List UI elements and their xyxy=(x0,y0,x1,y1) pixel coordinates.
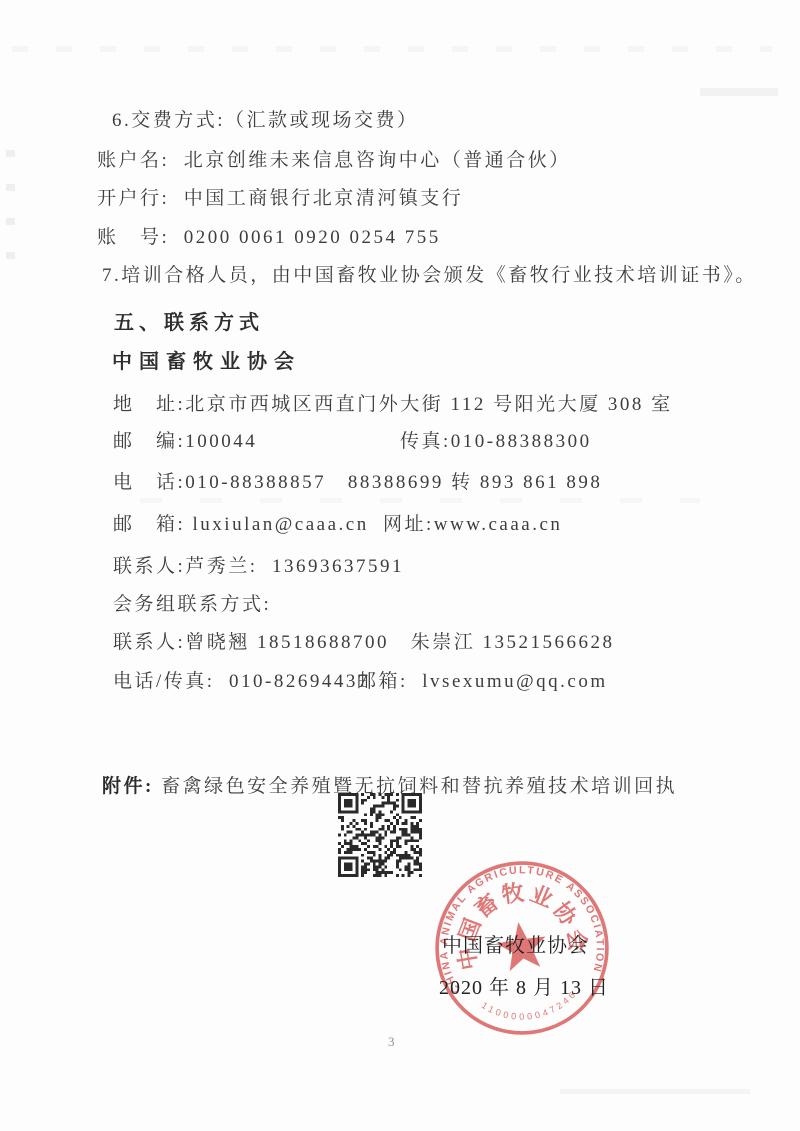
account-number-line: 账 号: 0200 0061 0920 0254 755 xyxy=(97,226,441,250)
phone-line: 电 话:010-88388857 88388699 转 893 861 898 xyxy=(113,471,602,495)
group-phone-line: 电话/传真: 010-82694437 xyxy=(113,670,370,694)
group-title-line: 会务组联系方式: xyxy=(113,593,271,617)
website-line: 网址:www.caaa.cn xyxy=(383,513,562,537)
qr-code xyxy=(338,792,422,878)
bank-line: 开户行: 中国工商银行北京清河镇支行 xyxy=(97,187,463,211)
scan-noise xyxy=(6,150,15,260)
scan-noise xyxy=(700,88,778,96)
group-contacts-line: 联系人:曾晓翘 18518688700 朱崇江 13521566628 xyxy=(113,631,615,655)
fax-line: 传真:010-88388300 xyxy=(400,430,592,454)
certificate-line: 7.培训合格人员，由中国畜牧业协会颁发《畜牧行业技术培训证书》。 xyxy=(102,264,757,288)
org-name-heading: 中国畜牧业协会 xyxy=(112,350,301,374)
scan-noise xyxy=(12,46,772,52)
signature-date: 2020 年 8 月 13 日 xyxy=(439,976,609,1000)
signature-org: 中国畜牧业协会 xyxy=(442,934,589,958)
account-name-line: 账户名: 北京创维未来信息咨询中心（普通合伙） xyxy=(97,149,571,173)
scan-noise xyxy=(560,1089,750,1094)
group-email-line: 邮箱: lvsexumu@qq.com xyxy=(357,670,608,694)
address-line: 地 址:北京市西城区西直门外大街 112 号阳光大厦 308 室 xyxy=(113,393,673,417)
page-number: 3 xyxy=(388,1030,395,1054)
email-line: 邮 箱: luxiulan@caaa.cn xyxy=(113,513,369,537)
attachment-label: 附件: xyxy=(102,776,154,797)
fee-method-line: 6.交费方式:（汇款或现场交费） xyxy=(112,109,419,133)
document-page: 6.交费方式:（汇款或现场交费） 账户名: 北京创维未来信息咨询中心（普通合伙）… xyxy=(0,0,800,1131)
postcode-line: 邮 编:100044 xyxy=(113,430,257,454)
contact-person-line: 联系人:芦秀兰: 13693637591 xyxy=(113,555,404,579)
scan-noise xyxy=(140,498,700,503)
section-title-contact: 五、联系方式 xyxy=(114,311,264,335)
